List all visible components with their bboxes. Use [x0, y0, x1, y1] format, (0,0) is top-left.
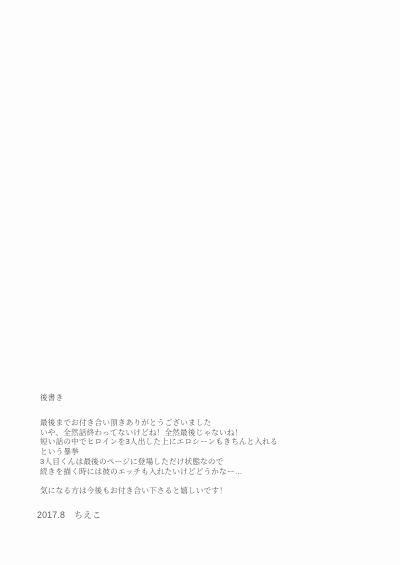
date-and-author-signature: 2017.8 ちえこ	[37, 510, 370, 521]
afterword-closing-line: 気になる方は今後もお付き合い下さると嬉しいです！	[40, 486, 370, 496]
afterword-body-line-4: という暴挙	[40, 447, 370, 457]
afterword-title: 後書き	[40, 393, 370, 403]
afterword-body-line-1: 最後までお付き合い頂きありがとうございました	[40, 418, 370, 428]
afterword-page: 後書き 最後までお付き合い頂きありがとうございました いや、全然話終わってないけ…	[0, 0, 400, 565]
afterword-body-line-3: 短い話の中でヒロインを3人出した上にエロシーンもきちんと入れる	[40, 437, 370, 447]
afterword-text-block: 後書き 最後までお付き合い頂きありがとうございました いや、全然話終わってないけ…	[40, 393, 370, 521]
afterword-body-line-5: 3人目くんは最後のページに登場しただけ状態なので	[40, 457, 370, 467]
afterword-body-line-6: 続きを描く時には彼のエッチも入れたいけどどうかなー…	[40, 467, 370, 477]
afterword-body-line-2: いや、全然話終わってないけどね！全然最後じゃないね！	[40, 428, 370, 438]
